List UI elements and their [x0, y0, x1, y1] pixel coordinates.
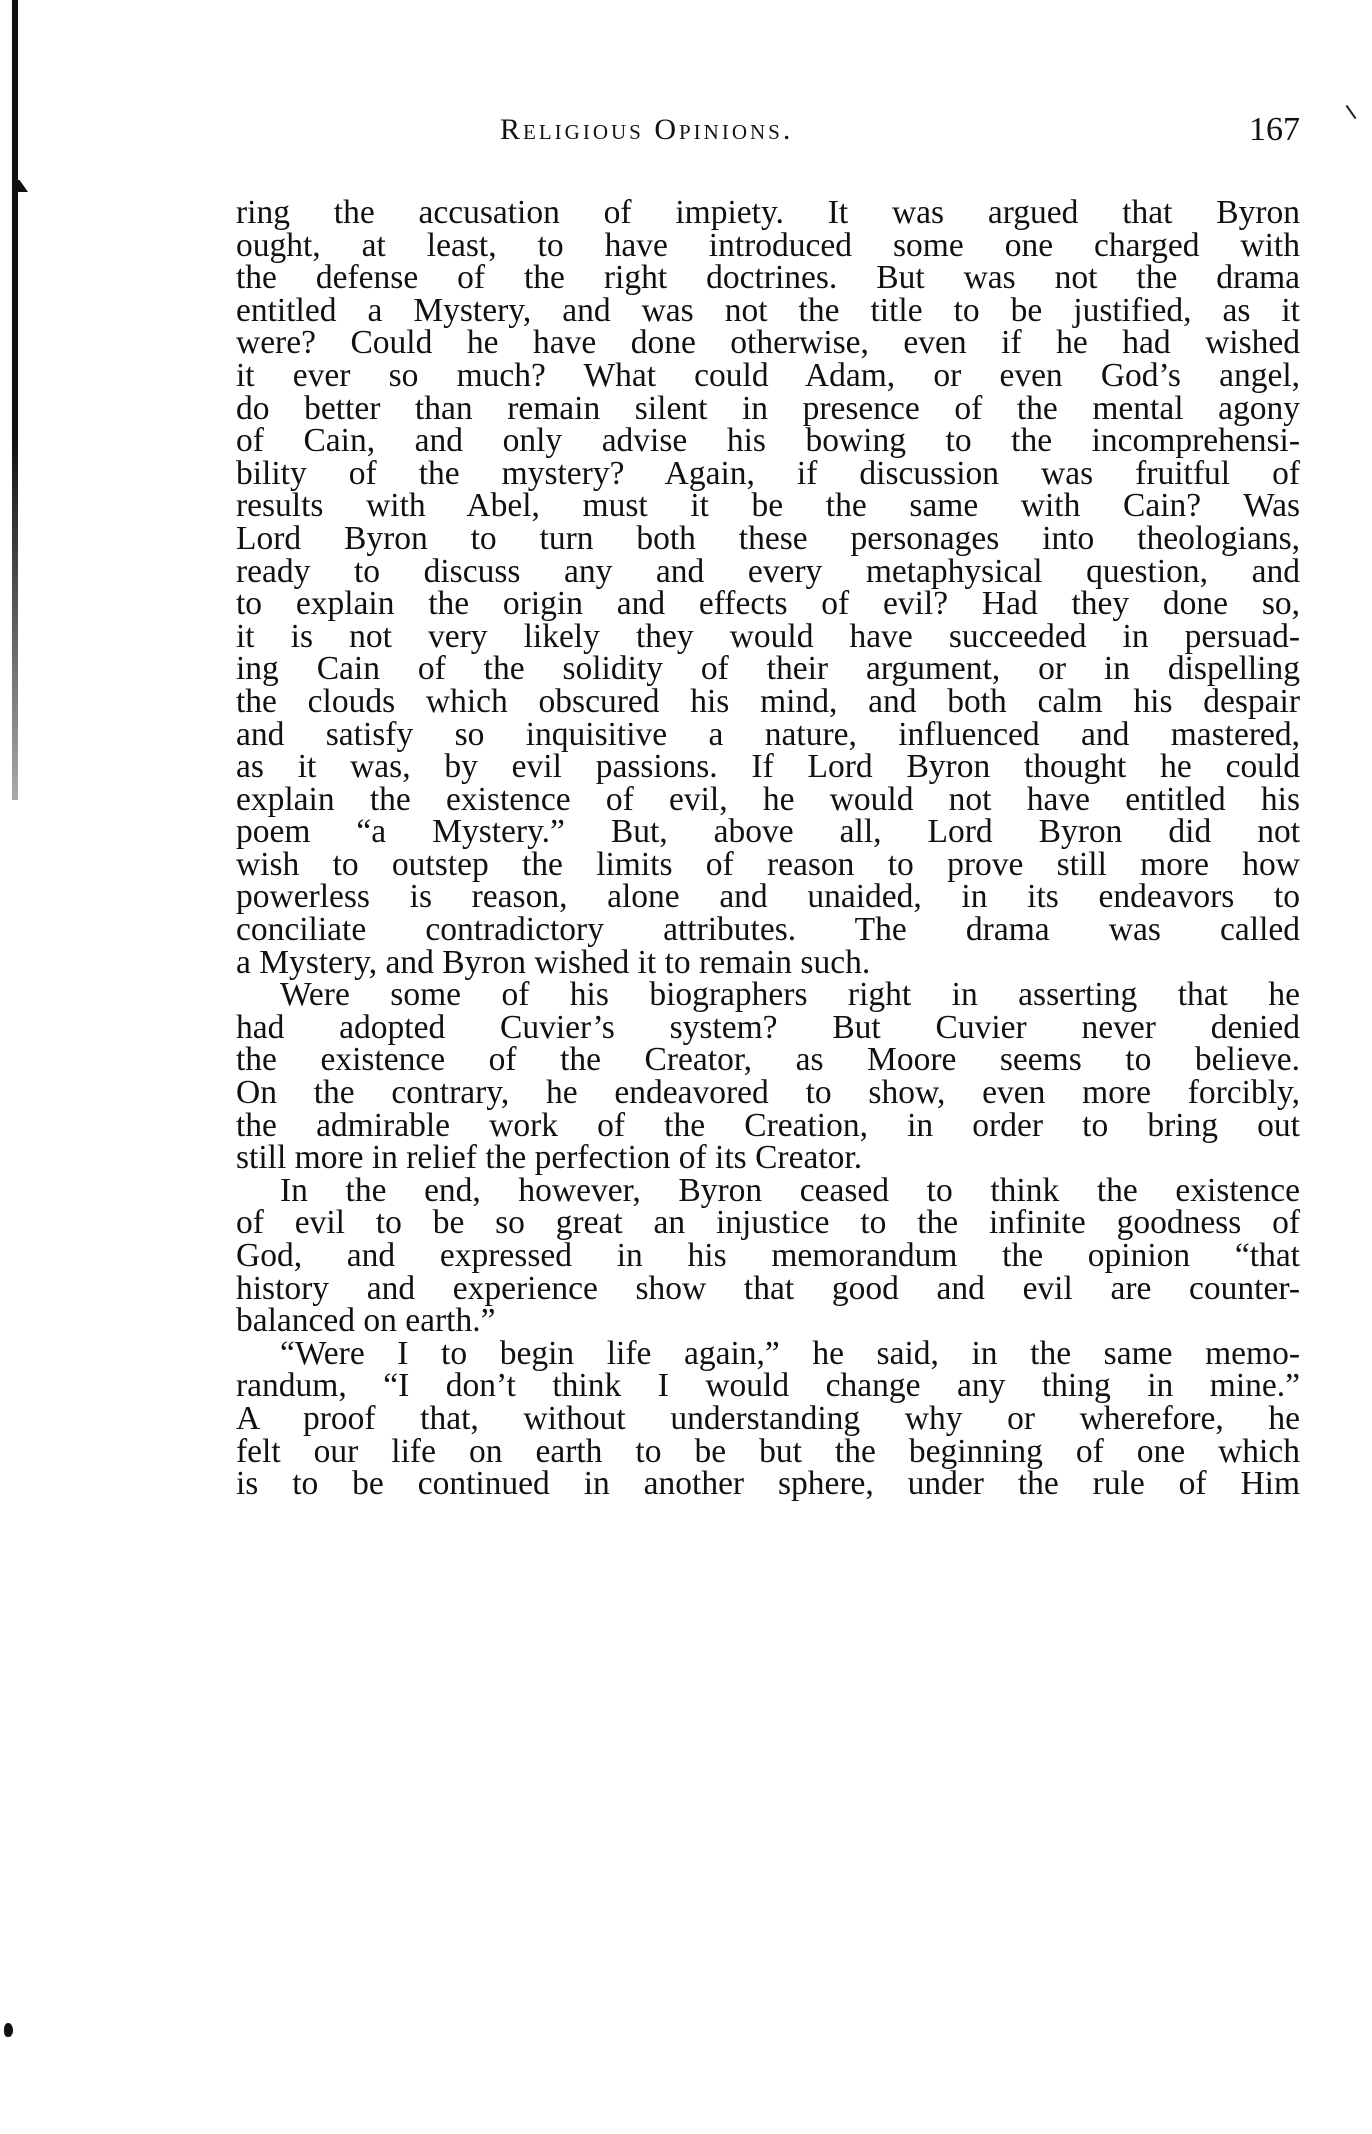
text-line: it is not very likely they would have su… — [236, 621, 1300, 654]
corner-tick-mark — [1346, 105, 1357, 119]
text-line: explain the existence of evil, he would … — [236, 784, 1300, 817]
text-line: balanced on earth.” — [236, 1305, 1300, 1338]
text-line: the defense of the right doctrines. But … — [236, 262, 1300, 295]
text-line: the clouds which obscured his mind, and … — [236, 686, 1300, 719]
text-line: history and experience show that good an… — [236, 1273, 1300, 1306]
text-line: as it was, by evil passions. If Lord Byr… — [236, 751, 1300, 784]
text-line: to explain the origin and effects of evi… — [236, 588, 1300, 621]
page-number: 167 — [1249, 111, 1300, 149]
text-line: Were some of his biographers right in as… — [236, 979, 1300, 1012]
text-line: ready to discuss any and every metaphysi… — [236, 556, 1300, 589]
text-line: were? Could he have done otherwise, even… — [236, 327, 1300, 360]
text-line: God, and expressed in his memorandum the… — [236, 1240, 1300, 1273]
text-line: ing Cain of the solidity of their argume… — [236, 653, 1300, 686]
text-line: felt our life on earth to be but the beg… — [236, 1436, 1300, 1469]
text-line: results with Abel, must it be the same w… — [236, 490, 1300, 523]
text-line: and satisfy so inquisitive a nature, inf… — [236, 719, 1300, 752]
body-text: ring the accusation of impiety. It was a… — [236, 197, 1300, 1501]
text-line: wish to outstep the limits of reason to … — [236, 849, 1300, 882]
text-line: the admirable work of the Creation, in o… — [236, 1110, 1300, 1143]
text-line: In the end, however, Byron ceased to thi… — [236, 1175, 1300, 1208]
running-title: Religious Opinions. — [500, 113, 793, 147]
page-binding-edge — [12, 0, 18, 800]
paragraph: ring the accusation of impiety. It was a… — [236, 197, 1300, 979]
paragraph: In the end, however, Byron ceased to thi… — [236, 1175, 1300, 1338]
text-line: is to be continued in another sphere, un… — [236, 1468, 1300, 1501]
ink-blot-mark — [4, 2023, 13, 2037]
text-line: still more in relief the perfection of i… — [236, 1142, 1300, 1175]
binding-tab-mark — [14, 180, 28, 192]
text-line: “Were I to begin life again,” he said, i… — [236, 1338, 1300, 1371]
paragraph: “Were I to begin life again,” he said, i… — [236, 1338, 1300, 1501]
text-line: a Mystery, and Byron wished it to remain… — [236, 947, 1300, 980]
book-page: Religious Opinions. 167 ring the accusat… — [0, 0, 1372, 2134]
text-line: the existence of the Creator, as Moore s… — [236, 1044, 1300, 1077]
text-line: do better than remain silent in presence… — [236, 393, 1300, 426]
text-line: conciliate contradictory attributes. The… — [236, 914, 1300, 947]
text-line: it ever so much? What could Adam, or eve… — [236, 360, 1300, 393]
text-line: ought, at least, to have introduced some… — [236, 230, 1300, 263]
paragraph: Were some of his biographers right in as… — [236, 979, 1300, 1175]
text-line: Lord Byron to turn both these personages… — [236, 523, 1300, 556]
text-line: bility of the mystery? Again, if discuss… — [236, 458, 1300, 491]
text-line: A proof that, without understanding why … — [236, 1403, 1300, 1436]
text-line: randum, “I don’t think I would change an… — [236, 1370, 1300, 1403]
text-line: of evil to be so great an injustice to t… — [236, 1207, 1300, 1240]
text-line: of Cain, and only advise his bowing to t… — [236, 425, 1300, 458]
text-line: powerless is reason, alone and unaided, … — [236, 881, 1300, 914]
text-line: entitled a Mystery, and was not the titl… — [236, 295, 1300, 328]
running-header: Religious Opinions. 167 — [500, 113, 1300, 163]
text-line: poem “a Mystery.” But, above all, Lord B… — [236, 816, 1300, 849]
text-line: had adopted Cuvier’s system? But Cuvier … — [236, 1012, 1300, 1045]
text-line: On the contrary, he endeavored to show, … — [236, 1077, 1300, 1110]
text-line: ring the accusation of impiety. It was a… — [236, 197, 1300, 230]
